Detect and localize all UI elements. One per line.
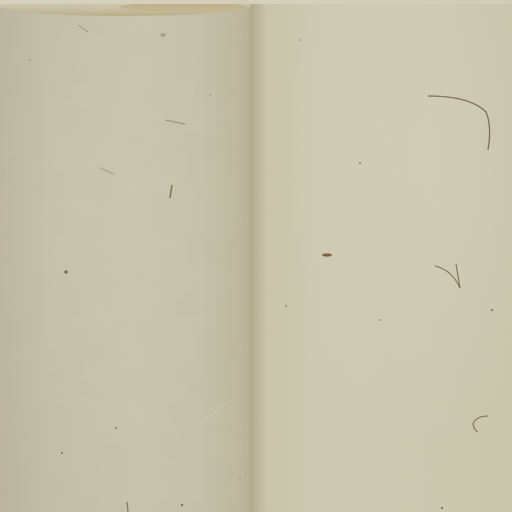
flat-paper-sheet: [246, 0, 512, 512]
paper-photo: Photograph of a roll of handmade recycle…: [0, 0, 512, 512]
top-edge-strip: [0, 0, 512, 4]
paper-roll-cylinder: [0, 6, 250, 512]
